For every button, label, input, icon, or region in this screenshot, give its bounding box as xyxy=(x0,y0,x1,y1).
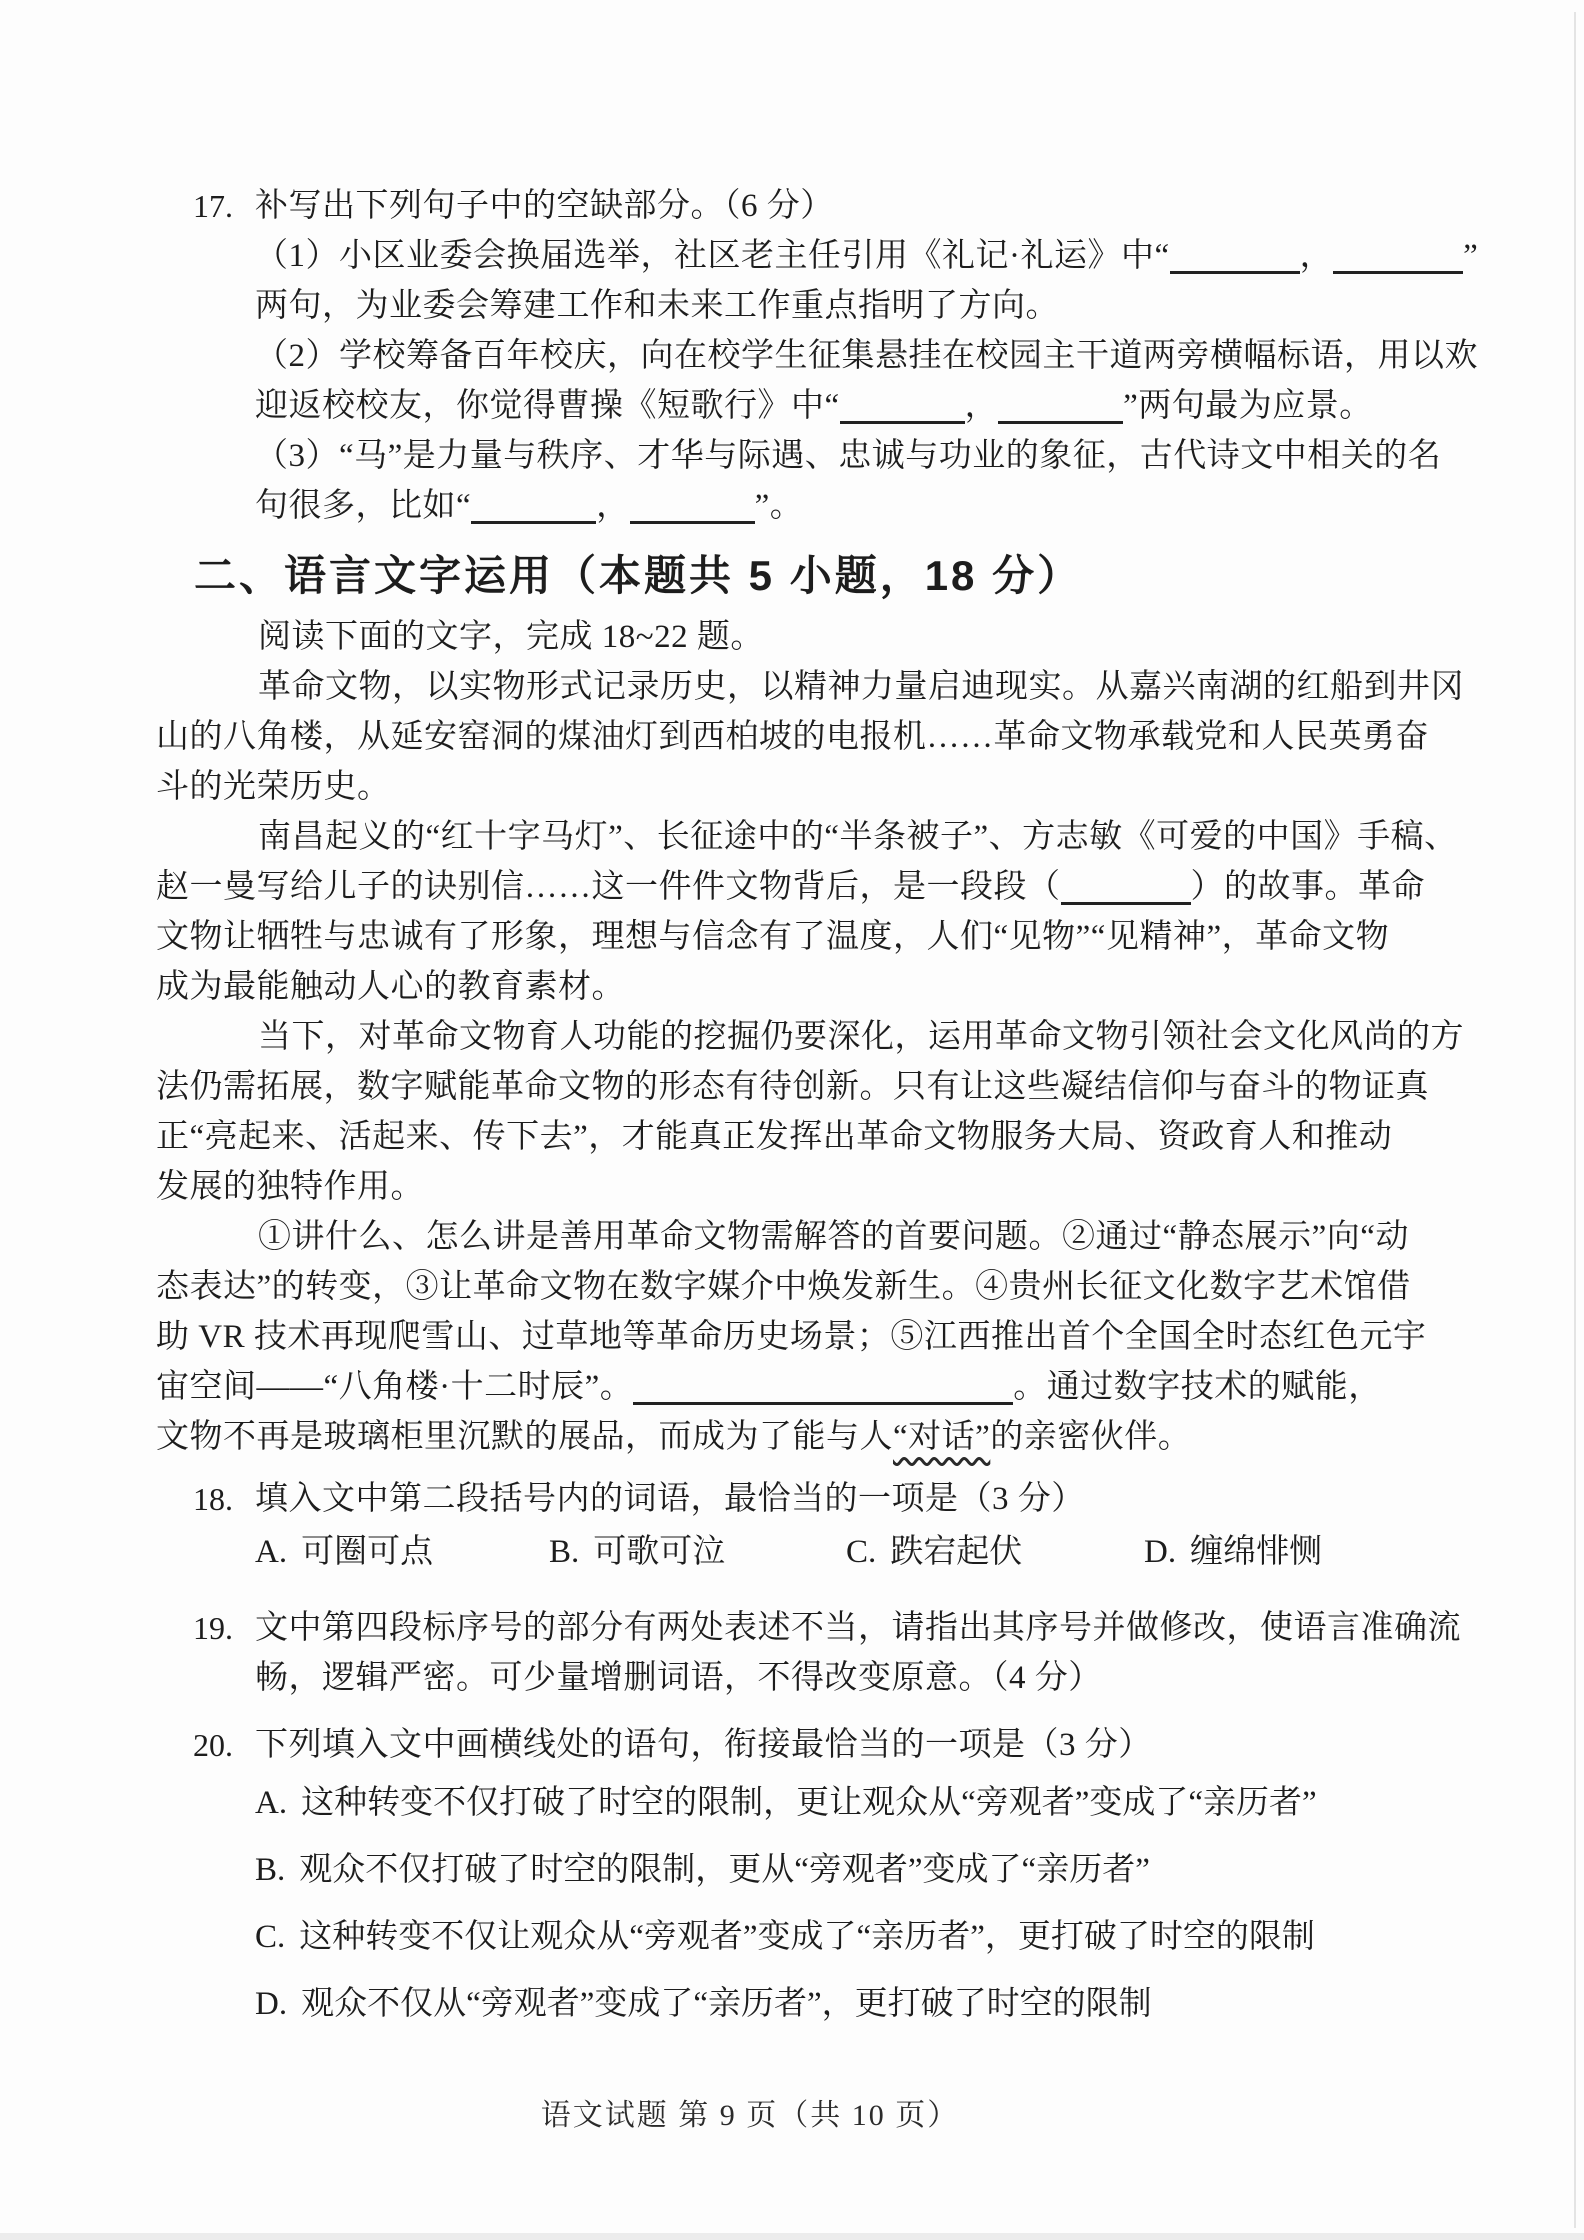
question-17: 17. 补写出下列句子中的空缺部分。（6 分）（1）小区业委会换届选举，社区老主… xyxy=(255,181,1420,531)
option-c-text: 这种转变不仅让观众从“旁观者”变成了“亲历者”，更打破了时空的限制 xyxy=(299,1919,1315,1955)
text-line: 宙空间——“八角楼·十二时辰”。。通过数字技术的赋能， xyxy=(156,1362,1420,1412)
text-run: 文中第四段标序号的部分有两处表述不当，请指出其序号并做修改，使语言准确流 xyxy=(255,1610,1461,1646)
question-19-number: 19. xyxy=(193,1603,233,1653)
option-c: C.跌宕起伏 xyxy=(846,1524,1144,1580)
option-b-text: 观众不仅打破了时空的限制，更从“旁观者”变成了“亲历者” xyxy=(299,1852,1150,1888)
text-run: 迎返校校友，你觉得曹操《短歌行》中“ xyxy=(255,388,840,424)
page-footer: 语文试题 第 9 页（共 10 页） xyxy=(0,2090,1542,2134)
option-b-label: B. xyxy=(549,1534,579,1570)
text-line: ①讲什么、怎么讲是善用革命文物需解答的首要问题。②通过“静态展示”向“动 xyxy=(156,1212,1420,1262)
answer-blank xyxy=(998,420,1123,424)
text-run: 态表达”的转变，③让革命文物在数字媒介中焕发新生。④贵州长征文化数字艺术馆借 xyxy=(156,1269,1411,1305)
page-footer-text: 语文试题 第 9 页（共 10 页） xyxy=(541,2099,960,2132)
text-run: 斗的光荣历史。 xyxy=(156,769,391,805)
answer-blank xyxy=(840,420,965,424)
question-18: 18. 填入文中第二段括号内的词语，最恰当的一项是（3 分） A.可圈可点B.可… xyxy=(255,1474,1420,1580)
text-run: ， xyxy=(965,388,999,424)
answer-blank xyxy=(630,520,755,524)
text-run: 法仍需拓展，数字赋能革命文物的形态有待创新。只有让这些凝结信仰与奋斗的物证真 xyxy=(156,1069,1429,1105)
text-run: （2）学校筹备百年校庆，向在校学生征集悬挂在校园主干道两旁横幅标语，用以欢 xyxy=(255,338,1478,374)
text-line: 山的八角楼，从延安窑洞的煤油灯到西柏坡的电报机……革命文物承载党和人民英勇奋 xyxy=(156,712,1420,762)
text-run: ， xyxy=(1300,238,1334,274)
text-run: ” xyxy=(1463,238,1478,274)
text-line: （3）“马”是力量与秩序、才华与际遇、忠诚与功业的象征，古代诗文中相关的名 xyxy=(255,431,1420,481)
text-run: 阅读下面的文字，完成 18~22 题。 xyxy=(258,619,764,655)
text-run: ”。 xyxy=(755,488,804,524)
text-line: 南昌起义的“红十字马灯”、长征途中的“半条被子”、方志敏《可爱的中国》手稿、 xyxy=(156,812,1420,862)
text-run: 正“亮起来、活起来、传下去”，才能真正发挥出革命文物服务大局、资政育人和推动 xyxy=(156,1119,1392,1155)
option-b: B.可歌可泣 xyxy=(549,1524,846,1580)
text-run: 文物不再是玻璃柜里沉默的展品，而成为了能与人 xyxy=(156,1419,893,1455)
option-b-label: B. xyxy=(255,1852,285,1888)
answer-blank xyxy=(1333,270,1463,274)
answer-blank xyxy=(1061,901,1191,905)
option-a: A.可圈可点 xyxy=(255,1524,549,1580)
option-b: B.观众不仅打破了时空的限制，更从“旁观者”变成了“亲历者” xyxy=(255,1837,1420,1904)
section-heading: 二、语言文字运用（本题共 5 小题，18 分） xyxy=(194,540,1584,612)
text-run: 文物让牺牲与忠诚有了形象，理想与信念有了温度，人们“见物”“见精神”，革命文物 xyxy=(156,919,1389,955)
question-19-body: 文中第四段标序号的部分有两处表述不当，请指出其序号并做修改，使语言准确流畅，逻辑… xyxy=(255,1603,1420,1703)
text-run: 句很多，比如“ xyxy=(255,488,471,524)
option-d-label: D. xyxy=(1144,1534,1176,1570)
option-d: D.缠绵悱恻 xyxy=(1144,1524,1322,1580)
option-d: D.观众不仅从“旁观者”变成了“亲历者”，更打破了时空的限制 xyxy=(255,1971,1420,2038)
option-d-text: 观众不仅从“旁观者”变成了“亲历者”，更打破了时空的限制 xyxy=(301,1986,1152,2022)
text-line: 正“亮起来、活起来、传下去”，才能真正发挥出革命文物服务大局、资政育人和推动 xyxy=(156,1112,1420,1162)
option-d-text: 缠绵悱恻 xyxy=(1190,1534,1322,1570)
option-c-label: C. xyxy=(255,1919,285,1955)
text-run: ①讲什么、怎么讲是善用革命文物需解答的首要问题。②通过“静态展示”向“动 xyxy=(258,1219,1409,1255)
page-content: 17. 补写出下列句子中的空缺部分。（6 分）（1）小区业委会换届选举，社区老主… xyxy=(0,0,1584,2134)
answer-blank xyxy=(633,1401,1013,1405)
text-run: 的亲密伙伴。 xyxy=(990,1419,1191,1455)
text-line: 态表达”的转变，③让革命文物在数字媒介中焕发新生。④贵州长征文化数字艺术馆借 xyxy=(156,1262,1420,1312)
text-line: 助 VR 技术再现爬雪山、过草地等革命历史场景；⑤江西推出首个全国全时态红色元宇 xyxy=(156,1312,1420,1362)
scan-edge-right xyxy=(1574,12,1576,2228)
text-line: 成为最能触动人心的教育素材。 xyxy=(156,962,1420,1012)
question-17-number: 17. xyxy=(193,181,233,231)
text-line: （2）学校筹备百年校庆，向在校学生征集悬挂在校园主干道两旁横幅标语，用以欢 xyxy=(255,331,1420,381)
option-c-text: 跌宕起伏 xyxy=(890,1534,1022,1570)
text-line: 两句，为业委会筹建工作和未来工作重点指明了方向。 xyxy=(255,281,1420,331)
option-a: A.这种转变不仅打破了时空的限制，更让观众从“旁观者”变成了“亲历者” xyxy=(255,1770,1420,1837)
text-run: 当下，对革命文物育人功能的挖掘仍要深化，运用革命文物引领社会文化风尚的方 xyxy=(258,1019,1464,1055)
question-18-stem: 填入文中第二段括号内的词语，最恰当的一项是（3 分） xyxy=(255,1474,1420,1524)
text-line: 发展的独特作用。 xyxy=(156,1162,1420,1212)
text-line: 畅，逻辑严密。可少量增删词语，不得改变原意。（4 分） xyxy=(255,1653,1420,1703)
answer-blank xyxy=(471,520,596,524)
text-run: ， xyxy=(596,488,630,524)
text-run: 赵一曼写给儿子的诀别信……这一件件文物背后，是一段段（ xyxy=(156,869,1061,905)
exam-page: 17. 补写出下列句子中的空缺部分。（6 分）（1）小区业委会换届选举，社区老主… xyxy=(0,0,1584,2240)
text-line: 文中第四段标序号的部分有两处表述不当，请指出其序号并做修改，使语言准确流 xyxy=(255,1603,1420,1653)
question-18-options: A.可圈可点B.可歌可泣C.跌宕起伏D.缠绵悱恻 xyxy=(255,1524,1420,1580)
text-run: 山的八角楼，从延安窑洞的煤油灯到西柏坡的电报机……革命文物承载党和人民英勇奋 xyxy=(156,719,1429,755)
option-a-text: 可圈可点 xyxy=(301,1534,433,1570)
text-run: ）的故事。革命 xyxy=(1191,869,1426,905)
text-line: 迎返校校友，你觉得曹操《短歌行》中“，”两句最为应景。 xyxy=(255,381,1420,431)
option-b-text: 可歌可泣 xyxy=(593,1534,725,1570)
text-line: 补写出下列句子中的空缺部分。（6 分） xyxy=(255,181,1420,231)
text-run: 助 VR 技术再现爬雪山、过草地等革命历史场景；⑤江西推出首个全国全时态红色元宇 xyxy=(156,1319,1426,1355)
text-run: 两句，为业委会筹建工作和未来工作重点指明了方向。 xyxy=(255,288,1059,324)
option-d-label: D. xyxy=(255,1986,287,2022)
text-run: 成为最能触动人心的教育素材。 xyxy=(156,969,625,1005)
text-run: 革命文物，以实物形式记录历史，以精神力量启迪现实。从嘉兴南湖的红船到井冈 xyxy=(258,669,1464,705)
text-run: 。通过数字技术的赋能， xyxy=(1013,1369,1382,1405)
option-c-label: C. xyxy=(846,1534,876,1570)
text-line: 文物让牺牲与忠诚有了形象，理想与信念有了温度，人们“见物”“见精神”，革命文物 xyxy=(156,912,1420,962)
text-line: 法仍需拓展，数字赋能革命文物的形态有待创新。只有让这些凝结信仰与奋斗的物证真 xyxy=(156,1062,1420,1112)
answer-blank xyxy=(1170,270,1300,274)
question-18-number: 18. xyxy=(193,1474,233,1524)
text-line: 革命文物，以实物形式记录历史，以精神力量启迪现实。从嘉兴南湖的红船到井冈 xyxy=(156,662,1420,712)
option-a-label: A. xyxy=(255,1785,287,1821)
option-a-text: 这种转变不仅打破了时空的限制，更让观众从“旁观者”变成了“亲历者” xyxy=(301,1785,1317,1821)
option-c: C.这种转变不仅让观众从“旁观者”变成了“亲历者”，更打破了时空的限制 xyxy=(255,1904,1420,1971)
question-20-number: 20. xyxy=(193,1720,233,1770)
text-line: （1）小区业委会换届选举，社区老主任引用《礼记·礼运》中“，” xyxy=(255,231,1420,281)
text-run: 南昌起义的“红十字马灯”、长征途中的“半条被子”、方志敏《可爱的中国》手稿、 xyxy=(258,819,1458,855)
scan-edge-bottom xyxy=(0,2233,1584,2240)
text-line: 句很多，比如“，”。 xyxy=(255,481,1420,531)
question-19: 19. 文中第四段标序号的部分有两处表述不当，请指出其序号并做修改，使语言准确流… xyxy=(255,1603,1420,1703)
text-run: （3）“马”是力量与秩序、才华与际遇、忠诚与功业的象征，古代诗文中相关的名 xyxy=(255,438,1441,474)
text-line: 文物不再是玻璃柜里沉默的展品，而成为了能与人“对话”的亲密伙伴。 xyxy=(156,1412,1420,1462)
reading-passage: 阅读下面的文字，完成 18~22 题。革命文物，以实物形式记录历史，以精神力量启… xyxy=(156,612,1420,1462)
text-run: 发展的独特作用。 xyxy=(156,1169,424,1205)
question-20-stem: 下列填入文中画横线处的语句，衔接最恰当的一项是（3 分） xyxy=(255,1720,1420,1770)
text-run: （1）小区业委会换届选举，社区老主任引用《礼记·礼运》中“ xyxy=(255,238,1170,274)
question-20: 20. 下列填入文中画横线处的语句，衔接最恰当的一项是（3 分） A.这种转变不… xyxy=(255,1720,1420,2038)
text-line: 当下，对革命文物育人功能的挖掘仍要深化，运用革命文物引领社会文化风尚的方 xyxy=(156,1012,1420,1062)
text-run: 宙空间——“八角楼·十二时辰”。 xyxy=(156,1369,633,1405)
option-a-label: A. xyxy=(255,1534,287,1570)
text-run: 补写出下列句子中的空缺部分。（6 分） xyxy=(255,188,834,224)
question-17-body: 补写出下列句子中的空缺部分。（6 分）（1）小区业委会换届选举，社区老主任引用《… xyxy=(255,181,1420,531)
text-line: 赵一曼写给儿子的诀别信……这一件件文物背后，是一段段（）的故事。革命 xyxy=(156,862,1420,912)
text-line: 阅读下面的文字，完成 18~22 题。 xyxy=(156,612,1420,662)
wavy-underlined-text: “对话” xyxy=(893,1419,990,1455)
text-run: ”两句最为应景。 xyxy=(1123,388,1373,424)
text-line: 斗的光荣历史。 xyxy=(156,762,1420,812)
text-run: 畅，逻辑严密。可少量增删词语，不得改变原意。（4 分） xyxy=(255,1660,1102,1696)
